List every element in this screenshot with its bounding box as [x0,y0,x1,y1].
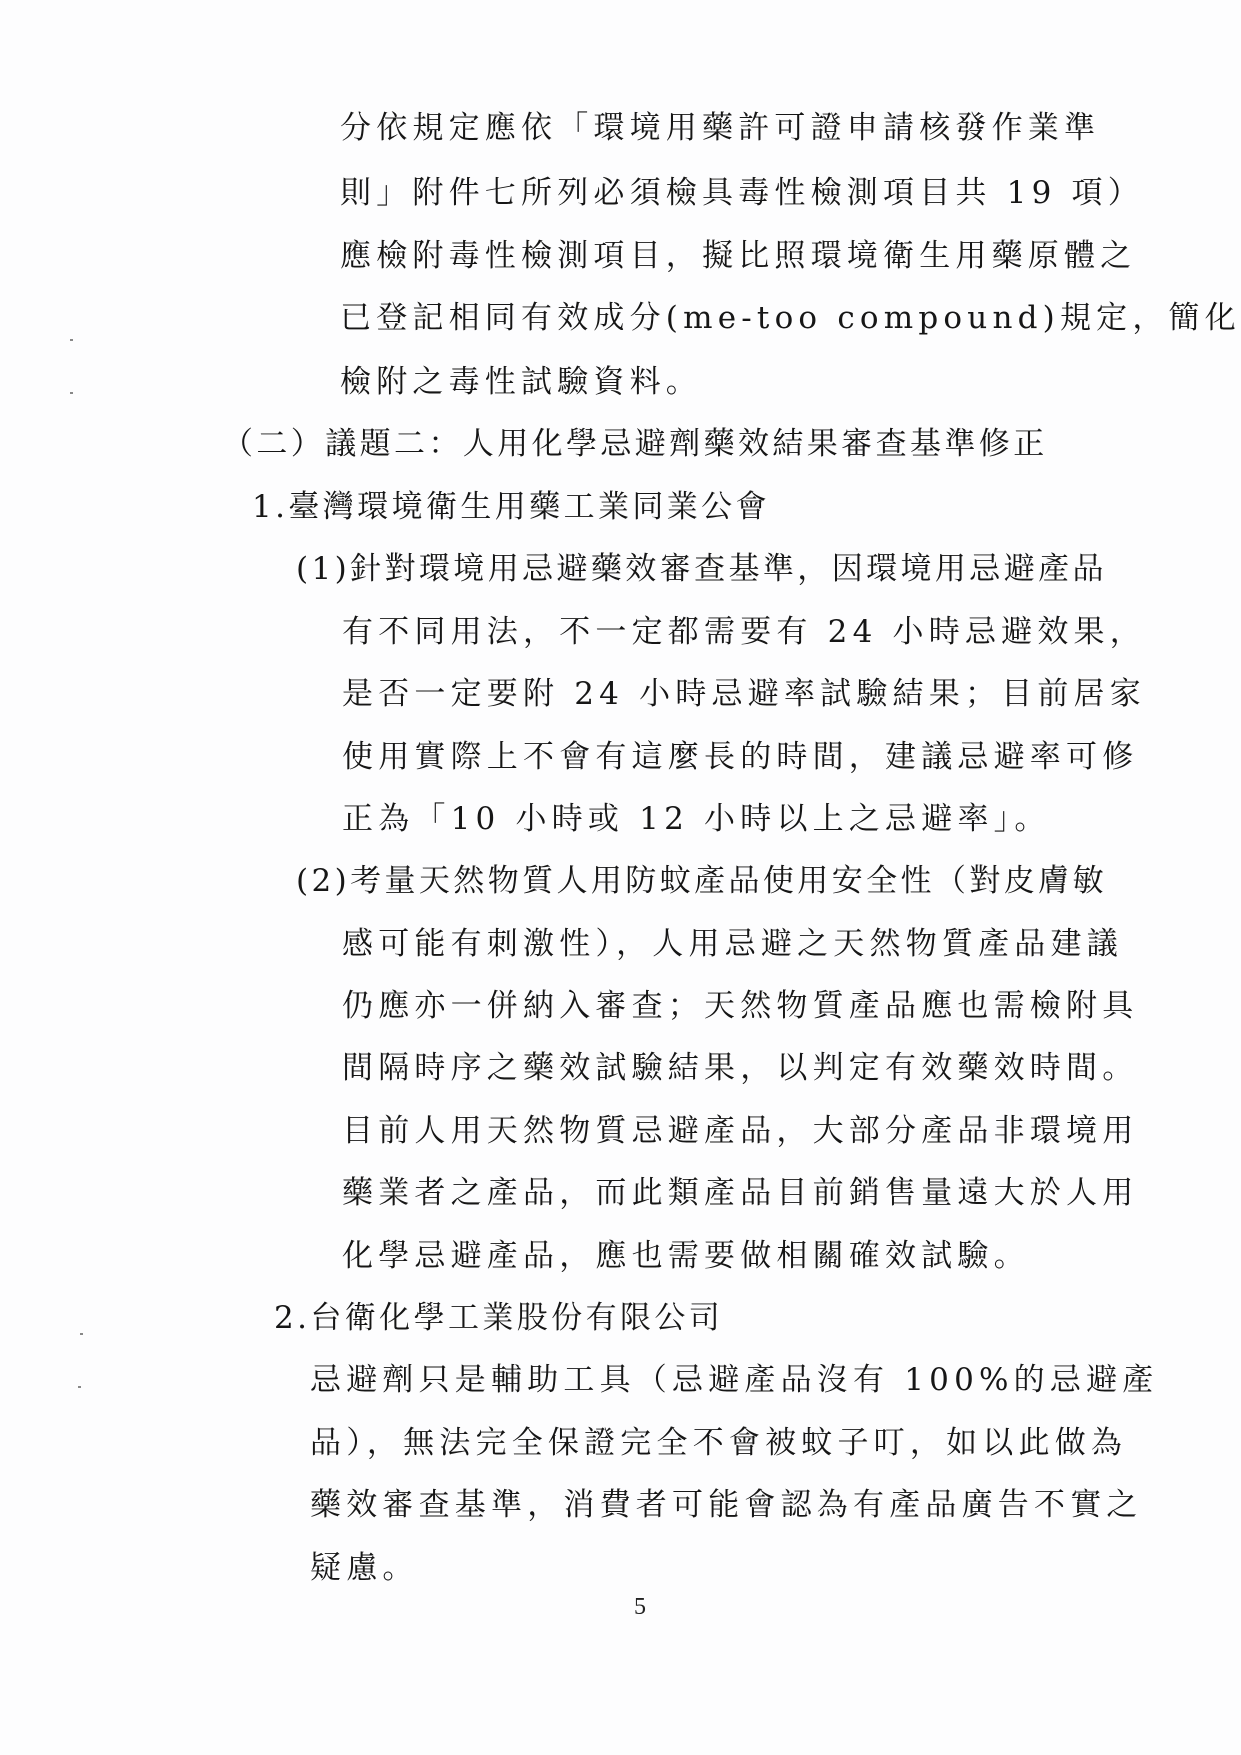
text-line: 間隔時序之藥效試驗結果，以判定有效藥效時間。 [342,1048,1138,1088]
text-line: 則」附件七所列必須檢具毒性檢測項目共 19 項） [340,173,1144,213]
text-line: 仍應亦一併納入審查；天然物質產品應也需檢附具 [342,986,1138,1026]
text-line: 品），無法完全保證完全不會被蚊子叮，如以此做為 [310,1423,1127,1463]
text-line: 目前人用天然物質忌避產品，大部分產品非環境用 [342,1111,1138,1151]
text-line: 感可能有刺激性），人用忌避之天然物質產品建議 [342,924,1123,964]
text-line: 藥效審查基準，消費者可能會認為有產品廣告不實之 [310,1485,1143,1525]
scan-speck [78,1386,81,1388]
text-line: 忌避劑只是輔助工具（忌避產品沒有 100%的忌避產 [310,1360,1158,1400]
text-line: 使用實際上不會有這麼長的時間，建議忌避率可修 [342,737,1138,777]
scan-speck [80,1333,83,1335]
text-line: （二）議題二：人用化學忌避劑藥效結果審查基準修正 [222,424,1048,464]
text-line: 1.臺灣環境衛生用藥工業同業公會 [252,487,770,527]
text-line: 應檢附毒性檢測項目，擬比照環境衛生用藥原體之 [340,236,1136,276]
text-line: 有不同用法，不一定都需要有 24 小時忌避效果， [342,612,1146,652]
text-line: 檢附之毒性試驗資料。 [340,362,702,402]
text-line: 已登記相同有效成分(me-too compound)規定，簡化 [340,298,1241,338]
document-page: 分依規定應依「環境用藥許可證申請核發作業準則」附件七所列必須檢具毒性檢測項目共 … [0,0,1241,1755]
text-line: 2.台衛化學工業股份有限公司 [274,1298,723,1338]
text-line: (2)考量天然物質人用防蚊產品使用安全性（對皮膚敏 [296,861,1107,901]
scan-speck [70,339,73,341]
text-line: 分依規定應依「環境用藥許可證申請核發作業準 [340,108,1100,148]
page-number: 5 [634,1592,646,1622]
text-line: 疑慮。 [310,1548,419,1588]
text-line: 藥業者之產品，而此類產品目前銷售量遠大於人用 [342,1173,1138,1213]
text-line: 正為「10 小時或 12 小時以上之忌避率」。 [342,799,1051,839]
text-line: 化學忌避產品，應也需要做相關確效試驗。 [342,1236,1030,1276]
scan-speck [70,392,73,394]
text-line: (1)針對環境用忌避藥效審查基準，因環境用忌避產品 [296,549,1107,589]
text-line: 是否一定要附 24 小時忌避率試驗結果；目前居家 [342,674,1146,714]
